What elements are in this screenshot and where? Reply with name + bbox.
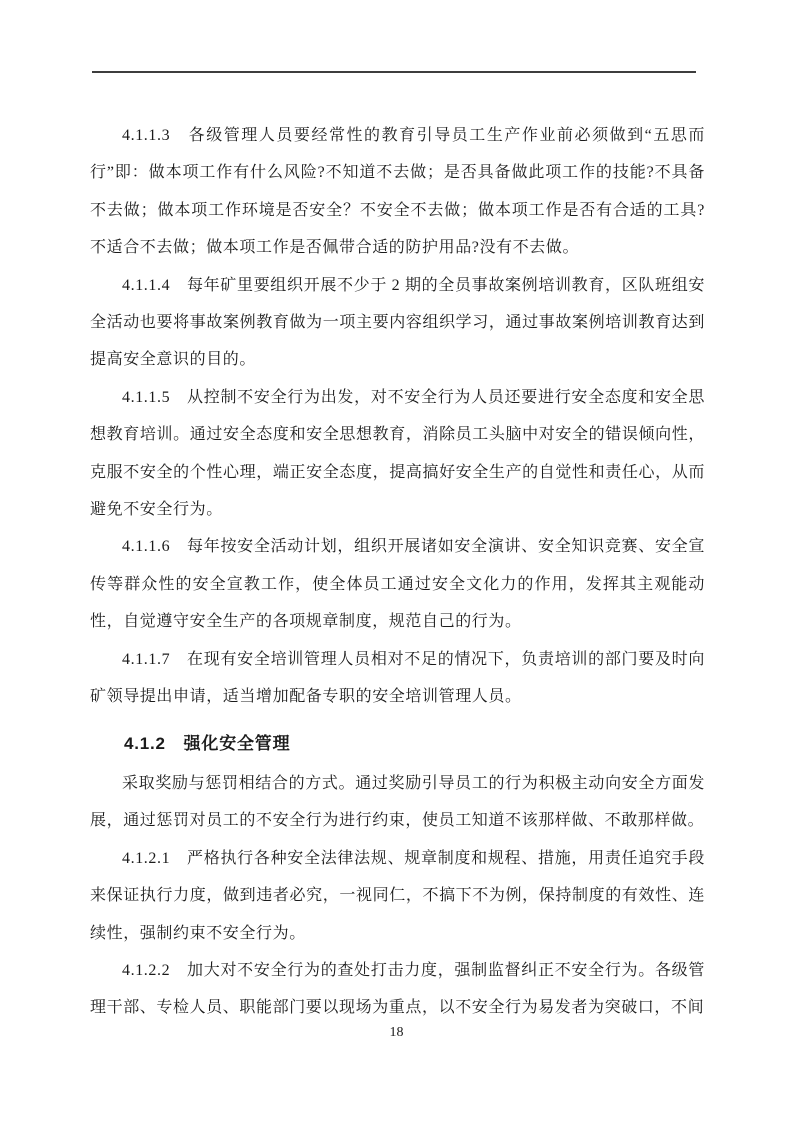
section-heading-4-1-2: 4.1.2 强化安全管理 <box>90 725 705 762</box>
paragraph-4-1-1-7: 4.1.1.7 在现有安全培训管理人员相对不足的情况下，负责培训的部门要及时向矿… <box>90 641 705 716</box>
paragraph-4-1-2-intro: 采取奖励与惩罚相结合的方式。通过奖励引导员工的行为积极主动向安全方面发展，通过惩… <box>90 765 705 840</box>
paragraph-4-1-2-2: 4.1.2.2 加大对不安全行为的查处打击力度，强制监督纠正不安全行为。各级管理… <box>90 952 705 1027</box>
paragraph-4-1-2-1: 4.1.2.1 严格执行各种安全法律法规、规章制度和规程、措施，用责任追究手段来… <box>90 840 705 952</box>
paragraph-4-1-1-6: 4.1.1.6 每年按安全活动计划，组织开展诸如安全演讲、安全知识竞赛、安全宣传… <box>90 528 705 640</box>
page-number: 18 <box>0 1024 793 1042</box>
paragraph-4-1-1-3: 4.1.1.3 各级管理人员要经常性的教育引导员工生产作业前必须做到“五思而行”… <box>90 117 705 267</box>
header-divider-line <box>92 71 696 73</box>
document-page: 4.1.1.3 各级管理人员要经常性的教育引导员工生产作业前必须做到“五思而行”… <box>0 0 793 1122</box>
paragraph-4-1-1-5: 4.1.1.5 从控制不安全行为出发，对不安全行为人员还要进行安全态度和安全思想… <box>90 379 705 529</box>
document-body: 4.1.1.3 各级管理人员要经常性的教育引导员工生产作业前必须做到“五思而行”… <box>90 117 705 1029</box>
paragraph-4-1-1-4: 4.1.1.4 每年矿里要组织开展不少于 2 期的全员事故案例培训教育，区队班组… <box>90 267 705 379</box>
